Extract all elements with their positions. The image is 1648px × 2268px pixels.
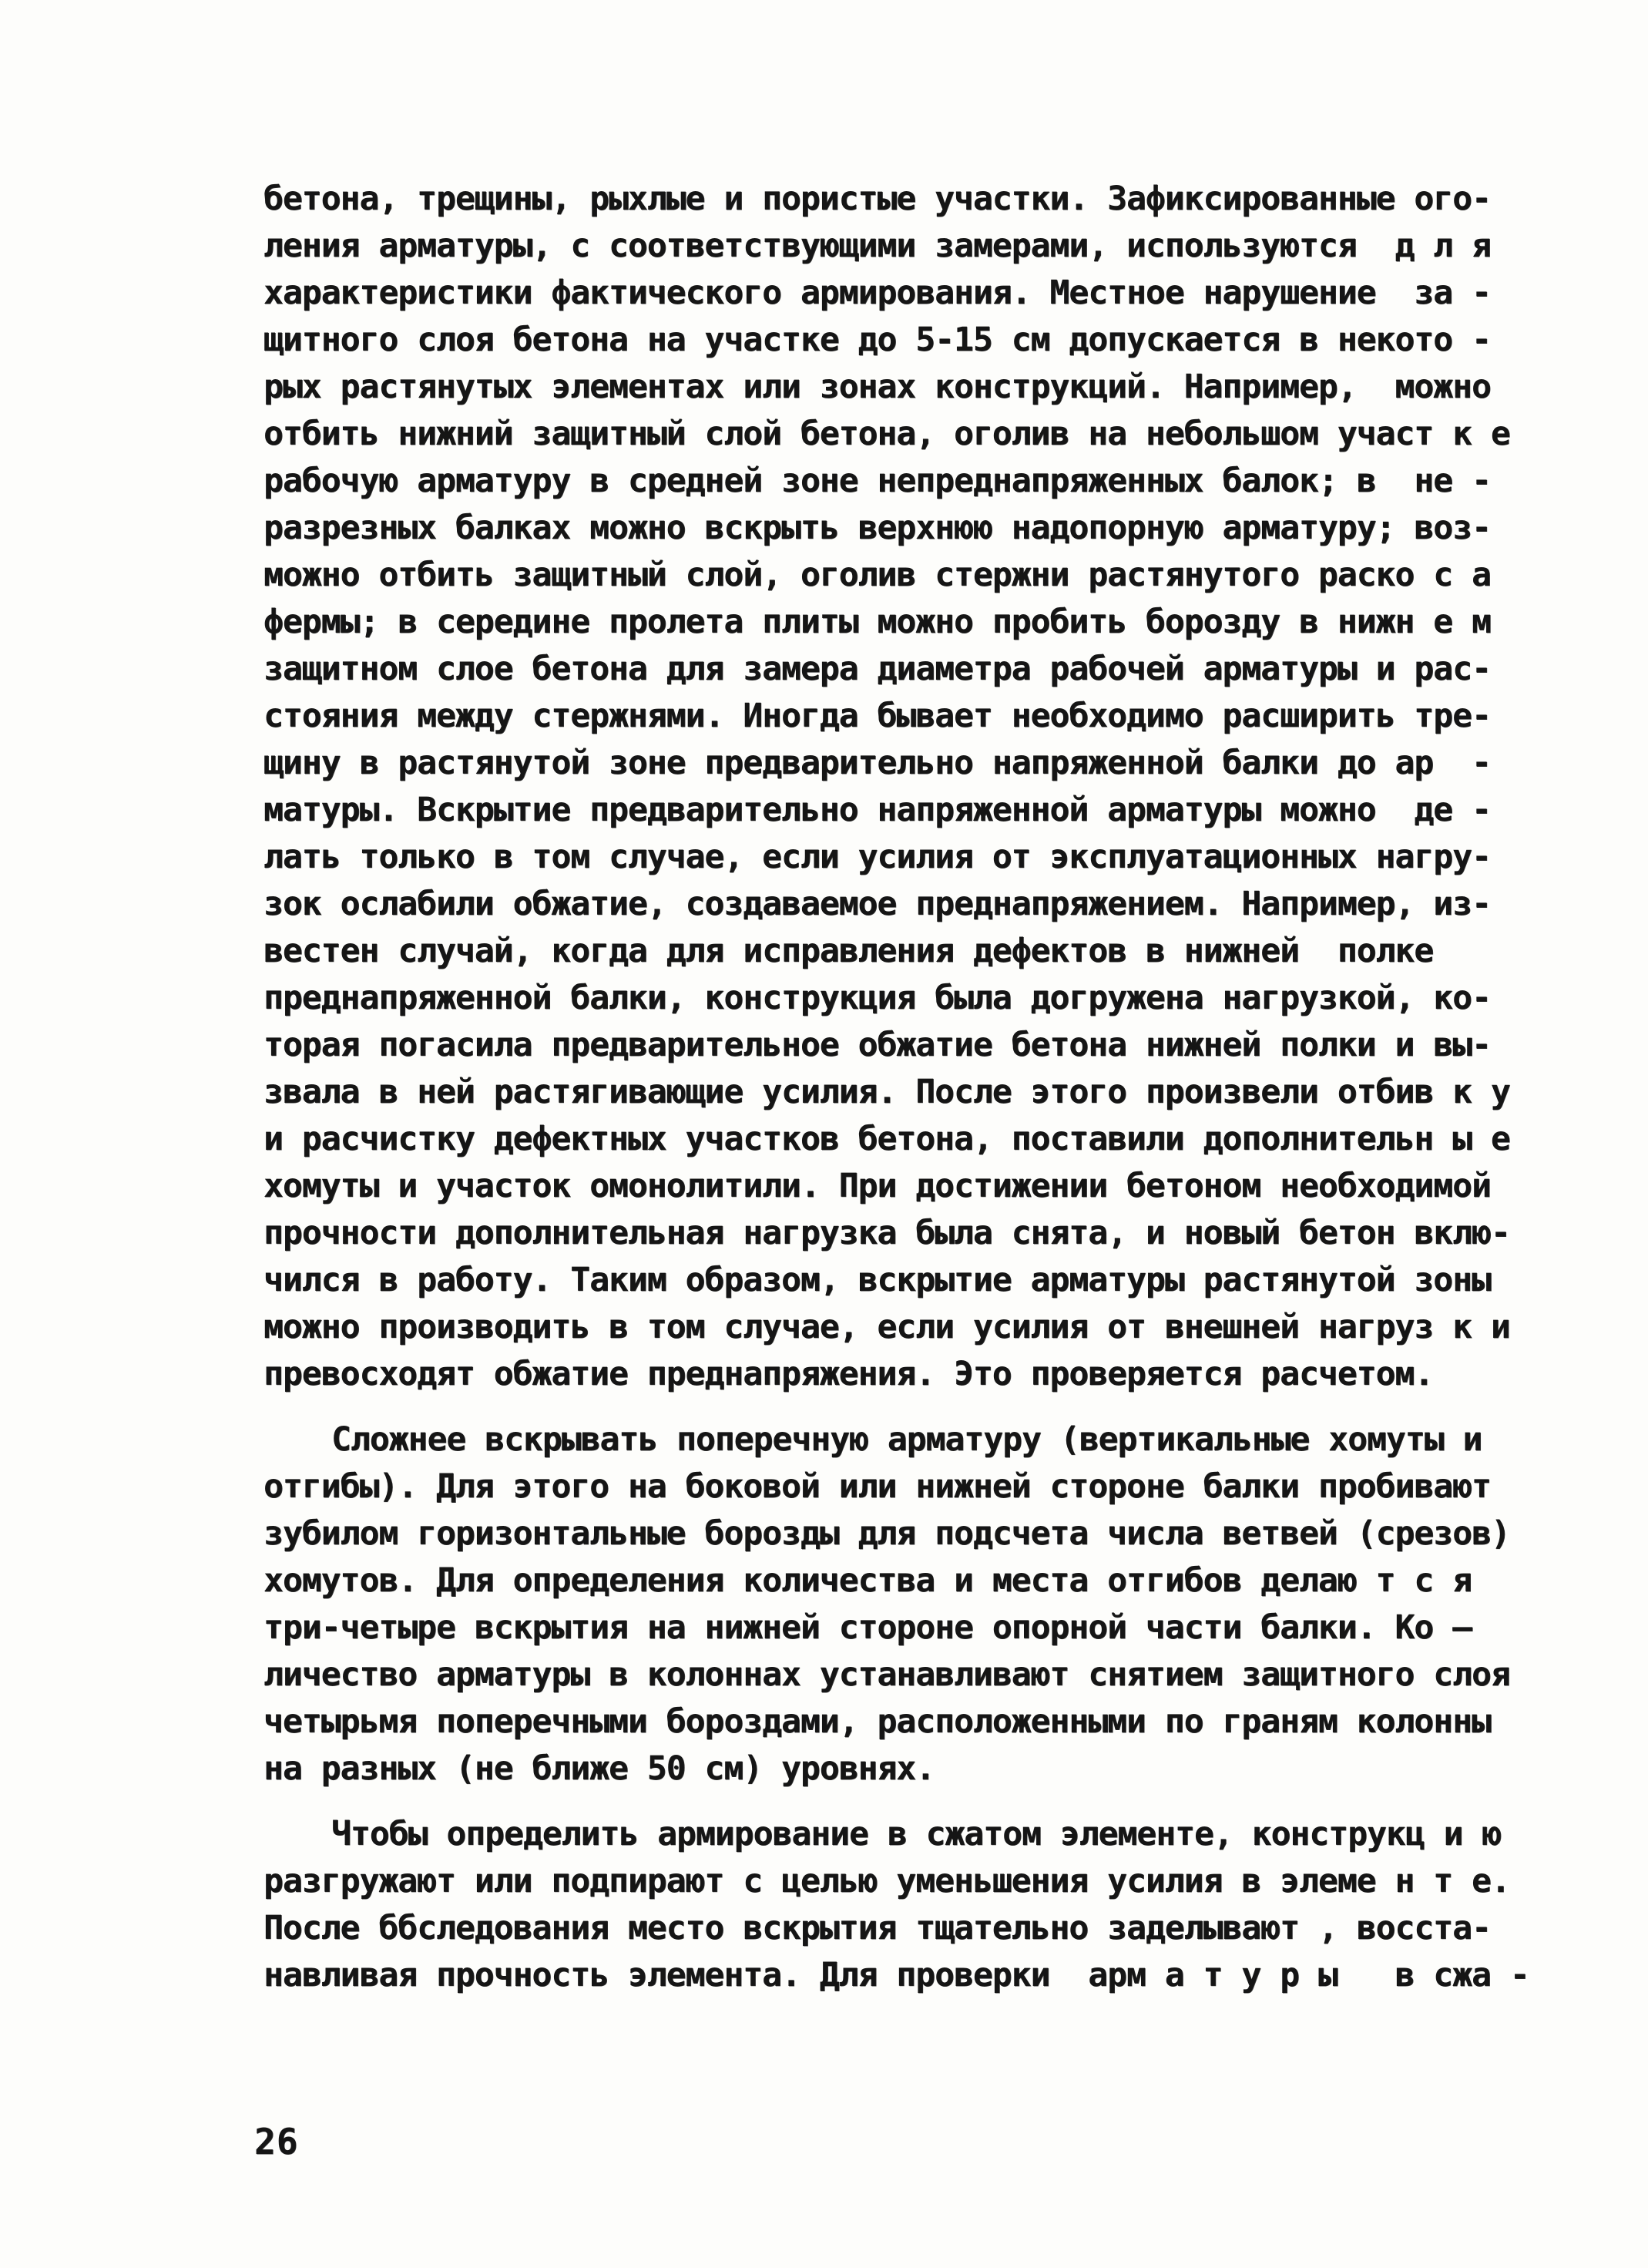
- text-line: преднапряженной балки, конструкция была …: [263, 975, 1558, 1022]
- text-line: рых растянутых элементах или зонах конст…: [263, 364, 1558, 411]
- text-line: щитного слоя бетона на участке до 5-15 с…: [263, 317, 1558, 364]
- text-line: четырьмя поперечными бороздами, располож…: [263, 1698, 1558, 1746]
- text-line: навливая прочность элемента. Для проверк…: [263, 1952, 1558, 1999]
- text-line: разгружают или подпирают с целью уменьше…: [263, 1858, 1558, 1905]
- text-line: отбить нижний защитный слой бетона, огол…: [263, 411, 1558, 458]
- text-line: Чтобы определить армирование в сжатом эл…: [263, 1811, 1558, 1858]
- text-line: на разных (не ближе 50 см) уровнях.: [263, 1746, 1558, 1793]
- text-line: три-четыре вскрытия на нижней стороне оп…: [263, 1604, 1558, 1651]
- text-line: звала в ней растягивающие усилия. После …: [263, 1069, 1558, 1116]
- text-line: характеристики фактического армирования.…: [263, 270, 1558, 317]
- paragraph: бетона, трещины, рыхлые и пористые участ…: [263, 176, 1558, 1398]
- page-number: 26: [254, 2121, 298, 2162]
- text-line: и расчистку дефектных участков бетона, п…: [263, 1116, 1558, 1163]
- text-line: лать только в том случае, если усилия от…: [263, 834, 1558, 881]
- paragraph: Сложнее вскрывать поперечную арматуру (в…: [263, 1416, 1558, 1793]
- text-line: прочности дополнительная нагрузка была с…: [263, 1210, 1558, 1257]
- text-line: разрезных балках можно вскрыть верхнюю н…: [263, 505, 1558, 552]
- text-line: После ббследования место вскрытия тщател…: [263, 1905, 1558, 1952]
- document-page: бетона, трещины, рыхлые и пористые участ…: [0, 0, 1648, 2268]
- text-line: щину в растянутой зоне предварительно на…: [263, 740, 1558, 787]
- text-line: стояния между стержнями. Иногда бывает н…: [263, 693, 1558, 740]
- page-body: бетона, трещины, рыхлые и пористые участ…: [263, 176, 1558, 1999]
- text-line: матуры. Вскрытие предварительно напряжен…: [263, 787, 1558, 834]
- text-line: можно производить в том случае, если уси…: [263, 1304, 1558, 1351]
- text-line: чился в работу. Таким образом, вскрытие …: [263, 1257, 1558, 1304]
- text-line: вестен случай, когда для исправления деф…: [263, 928, 1558, 975]
- text-line: зубилом горизонтальные борозды для подсч…: [263, 1510, 1558, 1557]
- text-line: личество арматуры в колоннах устанавлива…: [263, 1651, 1558, 1698]
- text-line: торая погасила предварительное обжатие б…: [263, 1022, 1558, 1069]
- text-line: хомуты и участок омонолитили. При достиж…: [263, 1163, 1558, 1210]
- text-line: бетона, трещины, рыхлые и пористые участ…: [263, 176, 1558, 223]
- text-line: Сложнее вскрывать поперечную арматуру (в…: [263, 1416, 1558, 1463]
- text-line: ления арматуры, с соответствующими замер…: [263, 223, 1558, 270]
- text-line: можно отбить защитный слой, оголив стерж…: [263, 552, 1558, 599]
- text-line: превосходят обжатие преднапряжения. Это …: [263, 1351, 1558, 1398]
- text-line: отгибы). Для этого на боковой или нижней…: [263, 1463, 1558, 1510]
- text-line: хомутов. Для определения количества и ме…: [263, 1557, 1558, 1604]
- text-line: защитном слое бетона для замера диаметра…: [263, 646, 1558, 693]
- text-line: зок ослабили обжатие, создаваемое предна…: [263, 881, 1558, 928]
- paragraph: Чтобы определить армирование в сжатом эл…: [263, 1811, 1558, 1999]
- text-line: рабочую арматуру в средней зоне непредна…: [263, 458, 1558, 505]
- text-line: фермы; в середине пролета плиты можно пр…: [263, 599, 1558, 646]
